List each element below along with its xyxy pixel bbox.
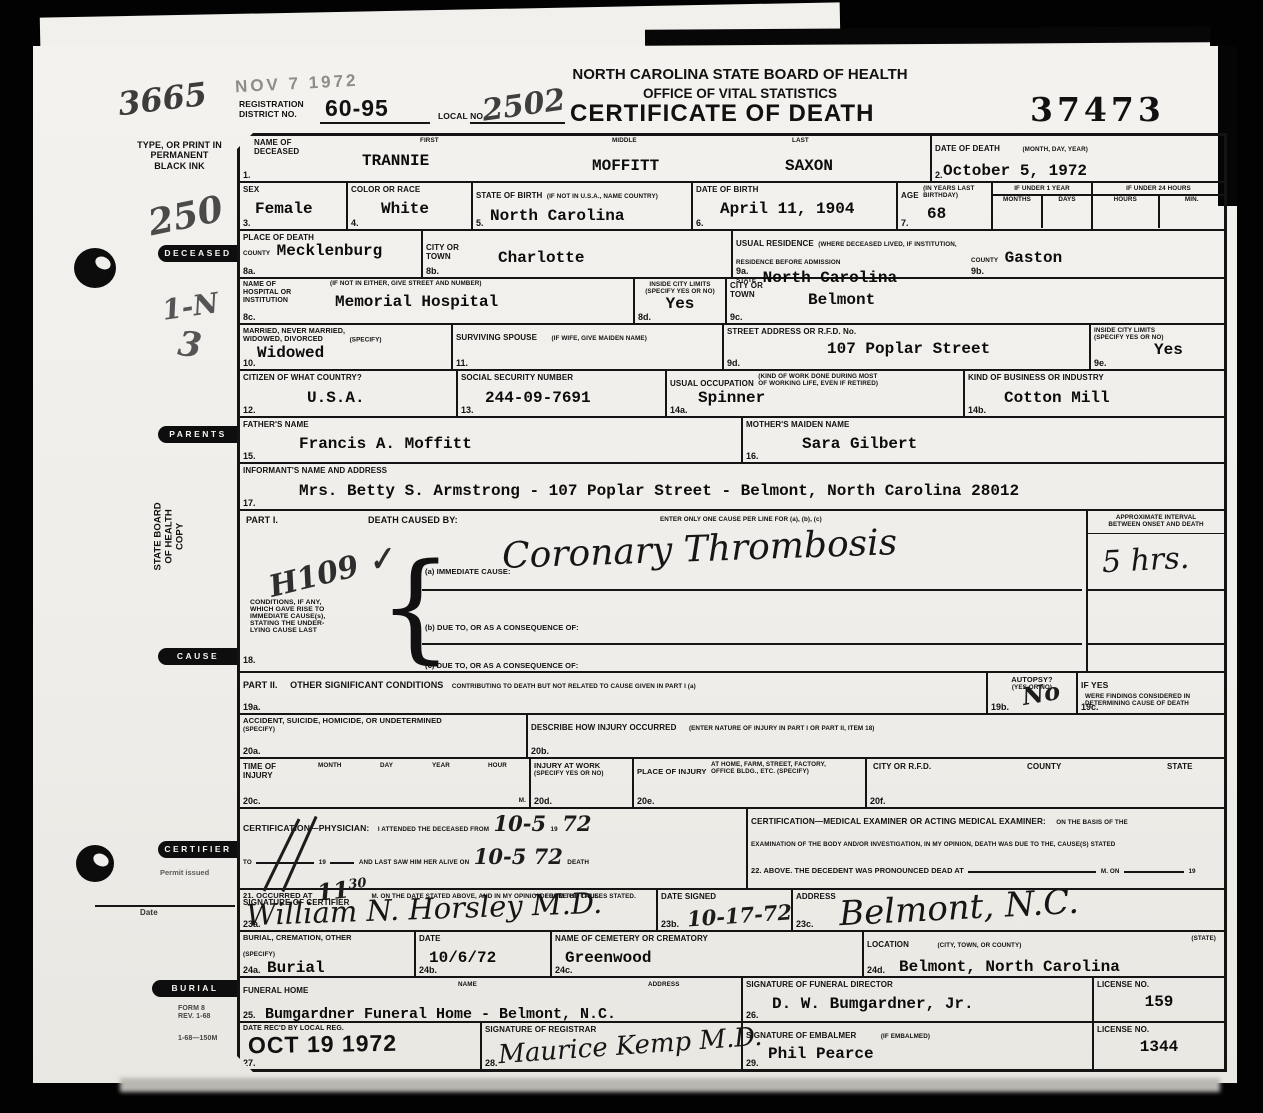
label: LOCATION xyxy=(867,940,909,949)
field-industry: KIND OF BUSINESS OR INDUSTRY Cotton Mill… xyxy=(965,371,1224,416)
field-number: 26. xyxy=(746,1010,759,1020)
received-date-stamp: OCT 19 1972 xyxy=(248,1030,398,1060)
form-print-note: 1-68—150M xyxy=(178,1035,217,1043)
field-occupation: USUAL OCCUPATION (KIND OF WORK DONE DURI… xyxy=(667,371,965,416)
value: Widowed xyxy=(257,344,448,362)
field-number: 16. xyxy=(746,451,759,461)
value-middle-name: MOFFITT xyxy=(592,157,659,175)
sublabel: (SPECIFY) xyxy=(243,951,275,958)
line-b xyxy=(422,643,1082,645)
field-if-under-24-hours: IF UNDER 24 HOURS HOURS MIN. xyxy=(1093,183,1224,229)
label: SOCIAL SECURITY NUMBER xyxy=(461,373,662,382)
field-signature-of-certifier: SIGNATURE OF CERTIFIER DEGREE OR TITLE W… xyxy=(240,890,658,930)
value: Yes xyxy=(638,295,722,313)
field-number: 17. xyxy=(243,498,256,508)
tab-cause: CAUSE xyxy=(158,648,238,665)
interval-line-b xyxy=(1088,643,1224,645)
due-to-b-label: (b) DUE TO, OR AS A CONSEQUENCE OF: xyxy=(425,623,579,632)
certificate-number: 37473 xyxy=(1030,90,1165,129)
part1-cause-of-death: PART I. DEATH CAUSED BY: ENTER ONLY ONE … xyxy=(240,511,1088,671)
county-sublabel: COUNTY xyxy=(971,257,998,264)
value: Spinner xyxy=(698,389,960,407)
value: 159 xyxy=(1097,993,1221,1011)
tab-burial: BURIAL xyxy=(152,980,238,997)
immediate-cause-label: (a) IMMEDIATE CAUSE: xyxy=(425,567,511,576)
city-town-county-sublabel: (CITY, TOWN, OR COUNTY) xyxy=(937,942,1021,949)
on-basis-text: ON THE BASIS OF THE xyxy=(1056,819,1128,826)
field-inside-city-limits-8d: INSIDE CITY LIMITS (SPECIFY YES OR NO) Y… xyxy=(635,279,727,323)
field-number: 1. xyxy=(243,170,251,180)
value: U.S.A. xyxy=(307,389,453,407)
label: USUAL RESIDENCE xyxy=(736,239,814,248)
date-margin-label: Date xyxy=(140,908,158,917)
date-signed-value: 10-17-72 xyxy=(686,900,788,932)
value-first-name: TRANNIE xyxy=(362,152,429,170)
value: Burial xyxy=(267,959,411,977)
value: Charlotte xyxy=(498,249,728,267)
value: Female xyxy=(255,200,343,218)
med-examiner-header: CERTIFICATION—MEDICAL EXAMINER OR ACTING… xyxy=(751,817,1046,826)
value: October 5, 1972 xyxy=(943,162,1221,180)
value: Yes xyxy=(1154,341,1221,359)
label: LICENSE NO. xyxy=(1097,1025,1221,1034)
field-accident-suicide: ACCIDENT, SUICIDE, HOMICIDE, OR UNDETERM… xyxy=(240,715,528,757)
field-number: 19b. xyxy=(991,702,1009,712)
label: PLACE OF DEATH xyxy=(243,233,418,242)
days-box: DAYS xyxy=(1043,196,1091,228)
address-sublabel: ADDRESS xyxy=(648,981,680,988)
field-number: 23c. xyxy=(796,919,814,929)
field-residence-county: COUNTY Gaston 9b. xyxy=(968,231,1224,277)
field-embalmer-license: LICENSE NO. 1344 xyxy=(1094,1023,1224,1069)
label: IF UNDER 24 HOURS xyxy=(1093,183,1224,192)
value: North Carolina xyxy=(490,207,688,225)
label: FATHER'S NAME xyxy=(243,420,738,429)
attended-from-date: 10-5 xyxy=(494,811,547,836)
tab-parents: PARENTS xyxy=(158,426,238,443)
hours-box: HOURS xyxy=(1093,196,1160,228)
label: NAME OF CEMETERY OR CREMATORY xyxy=(555,934,859,943)
certification-physician: CERTIFICATION—PHYSICIAN: I ATTENDED THE … xyxy=(240,809,748,888)
value: 10/6/72 xyxy=(429,949,547,967)
sub-last: LAST xyxy=(792,137,809,144)
part1-interval-column: APPROXIMATE INTERVAL BETWEEN ONSET AND D… xyxy=(1088,511,1224,671)
field-funeral-director: SIGNATURE OF FUNERAL DIRECTOR D. W. Bumg… xyxy=(743,978,1094,1021)
scanned-death-certificate: { "page": { "board": "NORTH CAROLINA STA… xyxy=(0,0,1263,1113)
field-date-of-birth: DATE OF BIRTH April 11, 1904 6. xyxy=(693,183,898,229)
field-number: 28. xyxy=(485,1058,498,1068)
sublabel: (IF WIFE, GIVE MAIDEN NAME) xyxy=(551,335,646,342)
sublabel: (IN YEARS LAST BIRTHDAY) xyxy=(923,185,979,199)
field-number: 20f. xyxy=(870,796,886,806)
registration-district-label: REGISTRATION DISTRICT NO. xyxy=(239,100,304,120)
permit-issued-note: Permit issued xyxy=(160,868,209,877)
field-surviving-spouse: SURVIVING SPOUSE (IF WIFE, GIVE MAIDEN N… xyxy=(453,325,724,369)
copy-designation: STATE BOARD OF HEALTH COPY xyxy=(154,476,187,596)
field-residence-city: CITY OR TOWN Belmont 9c. xyxy=(727,279,1224,323)
label: AGE xyxy=(901,191,919,200)
field-time-of-injury: TIME OF INJURY MONTH DAY YEAR HOUR M. 20… xyxy=(240,759,531,807)
field-citizen: CITIZEN OF WHAT COUNTRY? U.S.A. 12. xyxy=(240,371,458,416)
field-number: 4. xyxy=(351,218,359,228)
value-last-name: SAXON xyxy=(785,157,833,175)
field-number-18: 18. xyxy=(243,655,256,665)
sublabel: CONTRIBUTING TO DEATH BUT NOT RELATED TO… xyxy=(452,683,696,690)
field-number: 24d. xyxy=(867,965,885,975)
value: 244-09-7691 xyxy=(485,389,662,407)
value: Bumgardner Funeral Home - Belmont, N.C. xyxy=(265,1006,738,1023)
label: DESCRIBE HOW INJURY OCCURRED xyxy=(531,723,676,732)
conditions-note: CONDITIONS, IF ANY, WHICH GAVE RISE TO I… xyxy=(250,599,325,634)
last-saw-alive-date: 10-5 72 xyxy=(474,844,563,869)
field-number: 24c. xyxy=(555,965,573,975)
field-place-of-injury: PLACE OF INJURY AT HOME, FARM, STREET, F… xyxy=(634,759,867,807)
other-significant-label: OTHER SIGNIFICANT CONDITIONS xyxy=(290,680,443,690)
label: SEX xyxy=(243,185,343,194)
field-number: 19a. xyxy=(243,702,261,712)
value: Memorial Hospital xyxy=(335,293,630,311)
label: INFORMANT'S NAME AND ADDRESS xyxy=(243,466,1221,475)
sublabel: (SPECIFY) xyxy=(243,726,523,733)
sublabel: (ENTER NATURE OF INJURY IN PART I OR PAR… xyxy=(689,725,875,732)
field-number: 24b. xyxy=(419,965,437,975)
field-number: 9a. xyxy=(736,266,749,276)
field-certifier-address: ADDRESS Belmont, N.C. 23c. xyxy=(793,890,1224,930)
to-label: TO xyxy=(243,859,252,866)
field-number: 8b. xyxy=(426,266,439,276)
field-number: 20d. xyxy=(534,796,552,806)
year-19b: 19 xyxy=(319,859,326,866)
name-sublabel: NAME xyxy=(458,981,477,988)
state-header: STATE xyxy=(1167,762,1193,771)
value: Greenwood xyxy=(565,949,859,967)
field-injury-at-work: INJURY AT WORK (SPECIFY YES OR NO) 20d. xyxy=(531,759,634,807)
field-number: 5. xyxy=(476,218,484,228)
value: Phil Pearce xyxy=(768,1045,1089,1063)
attended-from-text: I ATTENDED THE DECEASED FROM xyxy=(378,826,489,833)
line-22-label: 22. ABOVE. THE DECEDENT WAS PRONOUNCED D… xyxy=(751,866,964,875)
sublabel: AT HOME, FARM, STREET, FACTORY, OFFICE B… xyxy=(711,761,826,775)
label: LICENSE NO. xyxy=(1097,980,1221,989)
value: Mrs. Betty S. Armstrong - 107 Poplar Str… xyxy=(299,482,1221,500)
field-number: 9d. xyxy=(727,358,740,368)
attended-from-year: 72 xyxy=(562,811,591,836)
value: White xyxy=(381,200,468,218)
physician-header: CERTIFICATION—PHYSICIAN: xyxy=(243,823,369,833)
field-number: 14b. xyxy=(968,405,986,415)
sublabel: (SPECIFY YES OR NO) xyxy=(638,288,722,295)
label: PLACE OF INJURY xyxy=(637,767,707,776)
field-mother-maiden-name: MOTHER'S MAIDEN NAME Sara Gilbert 16. xyxy=(743,418,1224,462)
day-header: DAY xyxy=(380,762,393,769)
year-header: YEAR xyxy=(432,762,450,769)
field-how-injury-occurred: DESCRIBE HOW INJURY OCCURRED (ENTER NATU… xyxy=(528,715,1224,757)
value: 107 Poplar Street xyxy=(827,340,1086,358)
field-number: 8a. xyxy=(243,266,256,276)
certification-medical-examiner: CERTIFICATION—MEDICAL EXAMINER OR ACTING… xyxy=(748,809,1224,888)
label: INSIDE CITY LIMITS xyxy=(1094,327,1221,334)
local-no-label: LOCAL NO. xyxy=(438,112,486,122)
last-saw-alive-text: AND LAST SAW HIM HER ALIVE ON xyxy=(359,859,469,866)
min-box: MIN. xyxy=(1160,196,1225,228)
county-header: COUNTY xyxy=(1027,762,1061,771)
field-number: 9c. xyxy=(730,312,743,322)
date-line xyxy=(95,905,235,907)
field-number: 7. xyxy=(901,218,909,228)
if-yes-label: IF YES xyxy=(1081,680,1108,690)
part2-other-conditions: PART II. OTHER SIGNIFICANT CONDITIONS CO… xyxy=(240,673,988,713)
field-number: 23a. xyxy=(243,919,261,929)
field-number: 23b. xyxy=(661,919,679,929)
brace: { xyxy=(378,537,453,675)
field-number: 20c. xyxy=(243,796,261,806)
state-sublabel: (STATE) xyxy=(1191,935,1216,942)
part2-label: PART II. xyxy=(243,680,278,690)
value: Sara Gilbert xyxy=(802,435,1221,453)
value: April 11, 1904 xyxy=(720,200,893,218)
label: BURIAL, CREMATION, OTHER xyxy=(243,934,411,943)
field-name-of-deceased: NAME OF DECEASED FIRST MIDDLE LAST TRANN… xyxy=(240,136,932,181)
field-number: 8d. xyxy=(638,312,651,322)
field-ssn: SOCIAL SECURITY NUMBER 244-09-7691 13. xyxy=(458,371,667,416)
field-residence-state: USUAL RESIDENCE (WHERE DECEASED LIVED, I… xyxy=(733,231,968,277)
sublabel: (SPECIFY YES OR NO) xyxy=(534,770,629,777)
label: INSIDE CITY LIMITS xyxy=(638,281,722,288)
registration-underline xyxy=(320,122,430,124)
label: MARRIED, NEVER MARRIED, WIDOWED, DIVORCE… xyxy=(243,327,345,344)
field-number: 10. xyxy=(243,358,256,368)
label: CITY OR TOWN xyxy=(730,281,763,299)
punch-hole xyxy=(74,248,116,288)
label: CITIZEN OF WHAT COUNTRY? xyxy=(243,373,453,382)
months-box: MONTHS xyxy=(993,196,1043,228)
value: 1344 xyxy=(1097,1038,1221,1056)
label: MOTHER'S MAIDEN NAME xyxy=(746,420,1221,429)
field-date-signed: DATE SIGNED 10-17-72 23b. xyxy=(658,890,793,930)
sublabel: (SPECIFY YES OR NO) xyxy=(1094,334,1221,341)
sublabel: (IF NOT IN EITHER, GIVE STREET AND NUMBE… xyxy=(330,280,482,287)
interval-header-line xyxy=(1088,533,1224,534)
field-cemetery: NAME OF CEMETERY OR CREMATORY Greenwood … xyxy=(552,932,864,976)
label: SURVIVING SPOUSE xyxy=(456,333,537,342)
hour-header: HOUR xyxy=(488,762,507,769)
label: STREET ADDRESS OR R.F.D. No. xyxy=(727,327,1086,336)
field-number: 9e. xyxy=(1094,358,1107,368)
field-number: 15. xyxy=(243,451,256,461)
sub-middle: MIDDLE xyxy=(612,137,637,144)
form-number-note: FORM 8 REV. 1-68 xyxy=(178,1005,211,1021)
field-informant: INFORMANT'S NAME AND ADDRESS Mrs. Betty … xyxy=(240,464,1224,509)
due-to-c-label: (c) DUE TO, OR AS A CONSEQUENCE OF: xyxy=(425,661,578,670)
field-burial-cremation: BURIAL, CREMATION, OTHER (SPECIFY) Buria… xyxy=(240,932,416,976)
death-caused-by-label: DEATH CAUSED BY: xyxy=(368,515,458,525)
field-number: 20a. xyxy=(243,746,261,756)
field-marital-status: MARRIED, NEVER MARRIED, WIDOWED, DIVORCE… xyxy=(240,325,453,369)
label: SIGNATURE OF FUNERAL DIRECTOR xyxy=(746,980,1089,989)
value: Mecklenburg xyxy=(277,242,383,260)
sublabel: (IF EMBALMED) xyxy=(881,1033,930,1040)
field-director-license: LICENSE NO. 159 xyxy=(1094,978,1224,1021)
margin-handwritten-3: 3 xyxy=(176,324,204,366)
label: KIND OF BUSINESS OR INDUSTRY xyxy=(968,373,1221,382)
field-inside-city-limits-9e: INSIDE CITY LIMITS (SPECIFY YES OR NO) Y… xyxy=(1091,325,1224,369)
registration-district-value: 60-95 xyxy=(325,95,389,122)
sublabel: (SPECIFY) xyxy=(350,336,382,343)
field-color-or-race: COLOR OR RACE White 4. xyxy=(348,183,473,229)
field-number: 8c. xyxy=(243,312,256,322)
value: Francis A. Moffitt xyxy=(299,435,738,453)
field-findings-considered: IF YES WERE FINDINGS CONSIDERED IN DETER… xyxy=(1078,673,1224,713)
interval-header: APPROXIMATE INTERVAL BETWEEN ONSET AND D… xyxy=(1088,511,1224,528)
year-19c: 19 xyxy=(1188,868,1195,875)
field-embalmer-signature: SIGNATURE OF EMBALMER (IF EMBALMED) Phil… xyxy=(743,1023,1094,1069)
field-state-of-birth: STATE OF BIRTH (IF NOT IN U.S.A., NAME C… xyxy=(473,183,693,229)
field-number: 29. xyxy=(746,1058,759,1068)
label: FUNERAL HOME xyxy=(243,986,309,995)
address-value: Belmont, N.C. xyxy=(838,882,1080,934)
sublabel: COUNTY xyxy=(243,250,270,257)
field-father-name: FATHER'S NAME Francis A. Moffitt 15. xyxy=(240,418,743,462)
field-street-address: STREET ADDRESS OR R.F.D. No. 107 Poplar … xyxy=(724,325,1091,369)
field-number: 20e. xyxy=(637,796,655,806)
field-number: 12. xyxy=(243,405,256,415)
label: ACCIDENT, SUICIDE, HOMICIDE, OR UNDETERM… xyxy=(243,717,523,726)
field-registrar-signature: SIGNATURE OF REGISTRAR Maurice Kemp M.D.… xyxy=(482,1023,743,1069)
findings-sublabel: WERE FINDINGS CONSIDERED IN DETERMINING … xyxy=(1085,693,1190,707)
tab-certifier: CERTIFIER xyxy=(158,841,238,858)
city-header: CITY OR R.F.D. xyxy=(873,762,931,771)
label: USUAL OCCUPATION xyxy=(670,379,754,388)
value: Belmont xyxy=(808,291,1221,309)
interval-line-a xyxy=(1088,589,1224,591)
local-no-underline xyxy=(470,122,565,124)
certifier-signature: William N. Horsley M.D. xyxy=(246,886,603,932)
label: DATE OF DEATH xyxy=(935,144,1000,153)
sub-first: FIRST xyxy=(420,137,439,144)
field-number: 20b. xyxy=(531,746,549,756)
value: Belmont, North Carolina xyxy=(899,958,1221,976)
sublabel: (MONTH, DAY, YEAR) xyxy=(1022,146,1087,153)
header-board: NORTH CAROLINA STATE BOARD OF HEALTH xyxy=(420,66,1060,83)
interval-value: 5 hrs. xyxy=(1101,541,1190,581)
ink-instruction: TYPE, OR PRINT IN PERMANENT BLACK INK xyxy=(122,140,237,171)
field-number: 13. xyxy=(461,405,474,415)
certificate-title: CERTIFICATE OF DEATH xyxy=(570,100,874,128)
field-date-of-death: DATE OF DEATH (MONTH, DAY, YEAR) October… xyxy=(932,136,1224,181)
field-number: 19c. xyxy=(1081,702,1099,712)
m-on-label: M. ON xyxy=(1101,868,1120,875)
value: Gaston xyxy=(1005,249,1063,267)
label: DATE OF BIRTH xyxy=(696,185,893,194)
label: IF UNDER 1 YEAR xyxy=(993,183,1091,192)
year-19: 19 xyxy=(551,826,558,833)
autopsy-value: No xyxy=(1020,676,1062,711)
field-injury-city-county-state: CITY OR R.F.D. COUNTY STATE 20f. xyxy=(867,759,1224,807)
label: NAME OF DECEASED xyxy=(254,138,299,156)
field-cemetery-location: LOCATION (CITY, TOWN, OR COUNTY) (STATE)… xyxy=(864,932,1224,976)
line-a xyxy=(422,589,1082,591)
field-burial-date: DATE 10/6/72 24b. xyxy=(416,932,552,976)
field-place-of-death-county: PLACE OF DEATH COUNTY Mecklenburg 8a. xyxy=(240,231,423,277)
sublabel: (KIND OF WORK DONE DURING MOST OF WORKIN… xyxy=(758,373,878,387)
label: STATE OF BIRTH xyxy=(476,191,542,200)
label: CITY OR TOWN xyxy=(426,243,459,261)
label: TIME OF INJURY xyxy=(243,762,276,780)
examination-text: EXAMINATION OF THE BODY AND/OR INVESTIGA… xyxy=(751,841,1221,848)
field-sex: SEX Female 3. xyxy=(240,183,348,229)
field-number: 3. xyxy=(243,218,251,228)
field-age: AGE (IN YEARS LAST BIRTHDAY) 68 7. xyxy=(898,183,993,229)
label: COLOR OR RACE xyxy=(351,185,468,194)
enter-one-cause-note: ENTER ONLY ONE CAUSE PER LINE FOR (a), (… xyxy=(660,516,822,523)
field-if-under-1-year: IF UNDER 1 YEAR MONTHS DAYS xyxy=(993,183,1093,229)
field-number: 14a. xyxy=(670,405,688,415)
field-place-of-death-city: CITY OR TOWN Charlotte 8b. xyxy=(423,231,733,277)
part1-label: PART I. xyxy=(246,515,278,525)
value: 68 xyxy=(927,205,988,223)
field-funeral-home: FUNERAL HOME NAME ADDRESS Bumgardner Fun… xyxy=(240,978,743,1021)
label: DATE xyxy=(419,934,547,943)
sheet-shadow xyxy=(120,1078,1220,1092)
label: INJURY AT WORK xyxy=(534,761,629,770)
field-autopsy: AUTOPSY? (YES OR NO) No 19b. xyxy=(988,673,1078,713)
field-number: 24a. xyxy=(243,965,261,975)
immediate-cause-value: Coronary Thrombosis xyxy=(501,522,897,577)
meridiem-mark: M. xyxy=(519,797,526,804)
punch-hole xyxy=(76,845,114,882)
field-hospital: NAME OF HOSPITAL OR INSTITUTION (IF NOT … xyxy=(240,279,635,323)
field-number: 9b. xyxy=(971,266,984,276)
field-number: 25. xyxy=(243,1010,256,1020)
field-number: 11. xyxy=(456,358,468,368)
label: NAME OF HOSPITAL OR INSTITUTION xyxy=(243,281,291,305)
field-number: 6. xyxy=(696,218,704,228)
tab-deceased: DECEASED xyxy=(158,245,238,262)
value: D. W. Bumgardner, Jr. xyxy=(772,995,1089,1013)
value: Cotton Mill xyxy=(1004,389,1221,407)
field-number: 2. xyxy=(935,170,943,180)
sublabel: (IF NOT IN U.S.A., NAME COUNTRY) xyxy=(547,193,658,200)
field-date-received: DATE REC'D BY LOCAL REG. OCT 19 1972 27. xyxy=(240,1023,482,1069)
certificate-form: NAME OF DECEASED FIRST MIDDLE LAST TRANN… xyxy=(237,133,1227,1072)
label: SIGNATURE OF EMBALMER xyxy=(746,1031,856,1040)
death-label: DEATH xyxy=(567,859,589,866)
month-header: MONTH xyxy=(318,762,342,769)
